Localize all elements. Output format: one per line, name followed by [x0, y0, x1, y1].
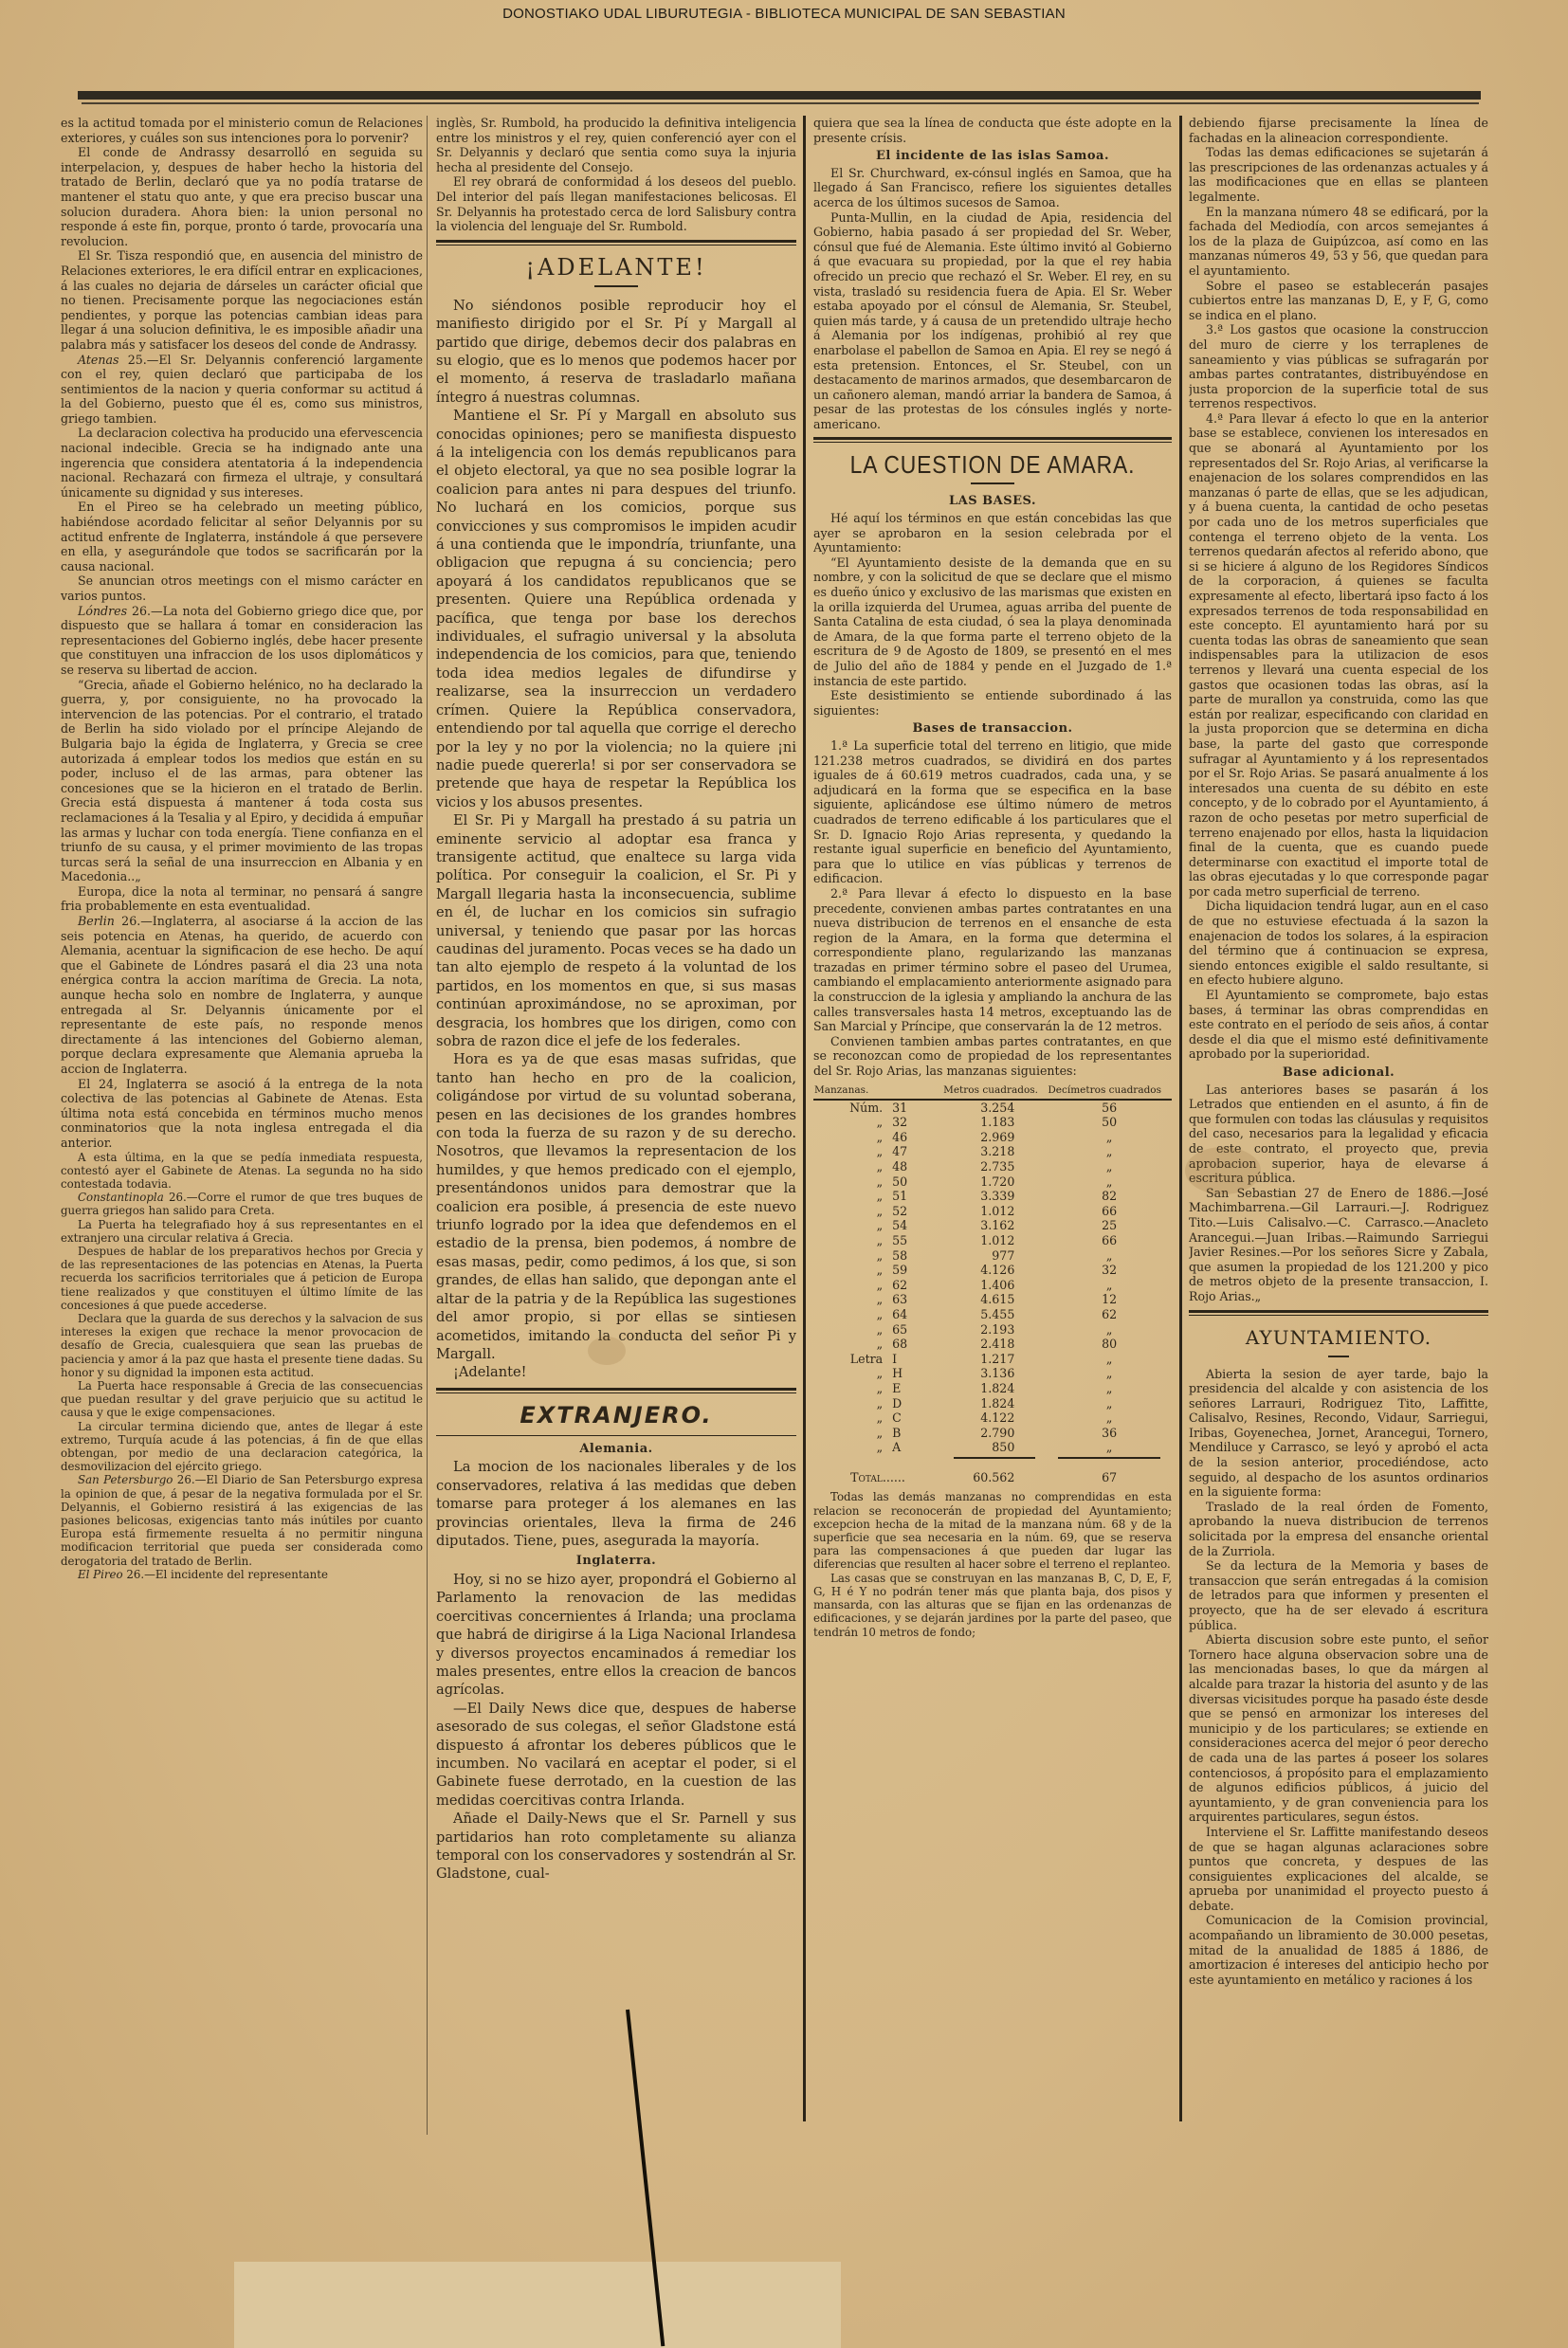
paragraph-text: quiera que sea la línea de conducta que … — [813, 116, 1172, 145]
cell-key: 47 — [892, 1144, 942, 1159]
paragraph-text: —El Daily News dice que, despues de habe… — [436, 1701, 796, 1809]
paragraph: Hoy, si no se hizo ayer, propondrá el Go… — [436, 1571, 796, 1700]
table-row: „501.720„ — [813, 1174, 1172, 1190]
paragraph: El conde de Andrassy desarrolló en segui… — [61, 145, 423, 248]
paragraph-text: Interviene el Sr. Laffitte manifestando … — [1189, 1825, 1488, 1913]
paragraph-text: Convienen tambien ambas partes contratan… — [813, 1034, 1172, 1078]
cell-metros: 3.339 — [942, 1189, 1047, 1204]
table-row: „E1.824„ — [813, 1381, 1172, 1396]
total-label: Total...... — [813, 1461, 942, 1485]
paragraph-text: Todas las demás manzanas no comprendidas… — [813, 1490, 1172, 1571]
table-row: „482.735„ — [813, 1159, 1172, 1174]
inglaterra-article: Hoy, si no se hizo ayer, propondrá el Go… — [436, 1571, 796, 1884]
paragraph: Sobre el paseo se establecerán pasajes c… — [1189, 279, 1488, 323]
paragraph: Convienen tambien ambas partes contratan… — [813, 1034, 1172, 1079]
col1-articles: es la actitud tomada por el ministerio c… — [61, 116, 423, 1151]
column-3: quiera que sea la línea de conducta que … — [813, 116, 1172, 2121]
cell-label: „ — [813, 1159, 892, 1174]
dateline: Lóndres — [78, 604, 127, 618]
masthead-rule-thin — [82, 102, 1479, 104]
cell-label: „ — [813, 1189, 892, 1204]
paragraph: El rey obrará de conformidad á los deseo… — [436, 174, 796, 233]
paragraph-text: La Puerta ha telegrafiado hoy á sus repr… — [61, 1218, 423, 1245]
cell-label: „ — [813, 1218, 892, 1233]
total-row: Total...... 60.562 67 — [813, 1461, 1172, 1485]
paragraph-text: 2.ª Para llevar á efecto lo dispuesto en… — [813, 886, 1172, 1033]
cell-metros: 850 — [942, 1440, 1047, 1455]
section-rule — [436, 1388, 796, 1393]
paragraph-text: Abierta discusion sobre este punto, el s… — [1189, 1632, 1488, 1824]
paragraph: Hé aquí los términos en que están conceb… — [813, 511, 1172, 555]
cell-decimetros: 66 — [1047, 1233, 1172, 1248]
paragraph: Hora es ya de que esas masas sufridas, q… — [436, 1050, 796, 1363]
paragraph: Abierta discusion sobre este punto, el s… — [1189, 1632, 1488, 1825]
table-row: „321.18350 — [813, 1115, 1172, 1130]
table-header-row: Manzanas. Metros cuadrados. Decímetros c… — [813, 1084, 1172, 1100]
table-row: „A850„ — [813, 1440, 1172, 1455]
cell-label: Núm. — [813, 1100, 892, 1116]
paragraph-text: Declara que la guarda de sus derechos y … — [61, 1312, 423, 1379]
paragraph: El Sr. Churchward, ex-cónsul inglés en S… — [813, 166, 1172, 210]
paragraph: La Puerta ha telegrafiado hoy á sus repr… — [61, 1218, 423, 1245]
paragraph: Traslado de la real órden de Fomento, ap… — [1189, 1500, 1488, 1558]
cell-label: „ — [813, 1322, 892, 1338]
bases-quote: “El Ayuntamiento desiste de la demanda q… — [813, 555, 1172, 719]
paragraph: Todas las demas edificaciones se sujetar… — [1189, 145, 1488, 204]
cell-decimetros: „ — [1047, 1144, 1172, 1159]
paragraph: Todas las demás manzanas no comprendidas… — [813, 1490, 1172, 1571]
cell-metros: 1.012 — [942, 1233, 1047, 1248]
cell-key: E — [892, 1381, 942, 1396]
paper-stain — [133, 1090, 190, 1128]
paragraph: 1.ª La superficie total del terreno en l… — [813, 738, 1172, 886]
paragraph: El Sr. Tisza respondió que, en ausencia … — [61, 248, 423, 352]
paragraph-text: debiendo fijarse precisamente la línea d… — [1189, 116, 1488, 145]
paragraph-text: En el Pireo se ha celebrado un meeting p… — [61, 500, 423, 573]
column-divider — [803, 116, 806, 2121]
paragraph: La Puerta hace responsable á Grecia de l… — [61, 1379, 423, 1420]
paragraph-text: La circular termina diciendo que, antes … — [61, 1420, 423, 1474]
paragraph: Declara que la guarda de sus derechos y … — [61, 1312, 423, 1379]
cell-key: 55 — [892, 1233, 942, 1248]
adelante-article: No siéndonos posible reproducir hoy el m… — [436, 297, 796, 1382]
torn-paper-patch — [234, 2262, 841, 2348]
transaccion-subhead: Bases de transaccion. — [813, 721, 1172, 737]
cell-key: 50 — [892, 1174, 942, 1190]
cell-key: 51 — [892, 1189, 942, 1204]
cell-decimetros: „ — [1047, 1130, 1172, 1145]
paragraph: Este desistimiento se entiende subordina… — [813, 688, 1172, 718]
cell-key: H — [892, 1366, 942, 1381]
table-row: „B2.79036 — [813, 1426, 1172, 1441]
paragraph-text: Este desistimiento se entiende subordina… — [813, 688, 1172, 718]
paragraph: Interviene el Sr. Laffitte manifestando … — [1189, 1825, 1488, 1914]
paragraph: Punta-Mullin, en la ciudad de Apia, resi… — [813, 210, 1172, 432]
cell-key: 52 — [892, 1204, 942, 1219]
cell-decimetros: „ — [1047, 1322, 1172, 1338]
cell-key: 62 — [892, 1278, 942, 1293]
paragraph-text: El Sr. Pi y Margall ha prestado á su pat… — [436, 812, 796, 1049]
cell-label: Letra — [813, 1352, 892, 1367]
paragraph-text: Hora es ya de que esas masas sufridas, q… — [436, 1051, 796, 1362]
dateline: Berlin — [78, 914, 115, 928]
cell-decimetros: 80 — [1047, 1337, 1172, 1352]
paragraph: “El Ayuntamiento desiste de la demanda q… — [813, 555, 1172, 688]
paragraph-text: 3.ª Los gastos que ocasione la construcc… — [1189, 322, 1488, 410]
cell-metros: 2.735 — [942, 1159, 1047, 1174]
paragraph: inglès, Sr. Rumbold, ha producido la def… — [436, 116, 796, 174]
cell-key: D — [892, 1396, 942, 1411]
paragraph-text: San Sebastian 27 de Enero de 1886.—José … — [1189, 1186, 1488, 1303]
inglaterra-subhead: Inglaterra. — [436, 1554, 796, 1569]
cell-label: „ — [813, 1115, 892, 1130]
table-row: „473.218„ — [813, 1144, 1172, 1159]
cell-decimetros: „ — [1047, 1352, 1172, 1367]
table-row: „682.41880 — [813, 1337, 1172, 1352]
paragraph-text: Europa, dice la nota al terminar, no pen… — [61, 884, 423, 914]
cell-decimetros: „ — [1047, 1381, 1172, 1396]
paragraph: Se da lectura de la Memoria y bases de t… — [1189, 1558, 1488, 1632]
cell-metros: 1.183 — [942, 1115, 1047, 1130]
cell-label: „ — [813, 1337, 892, 1352]
paper-stain — [588, 1337, 626, 1365]
cell-metros: 2.418 — [942, 1337, 1047, 1352]
headline-dash — [594, 285, 638, 287]
bases-subhead: LAS BASES. — [813, 494, 1172, 509]
cell-metros: 5.455 — [942, 1307, 1047, 1322]
paragraph-text: Las casas que se construyan en las manza… — [813, 1572, 1172, 1639]
table-row: „551.01266 — [813, 1233, 1172, 1248]
cell-key: B — [892, 1426, 942, 1441]
section-rule — [436, 240, 796, 246]
paragraph: “Grecia, añade el Gobierno helénico, no … — [61, 678, 423, 884]
manzanas-table: Manzanas. Metros cuadrados. Decímetros c… — [813, 1084, 1172, 1485]
cell-label: „ — [813, 1233, 892, 1248]
paragraph: El Ayuntamiento se compromete, bajo esta… — [1189, 988, 1488, 1062]
cell-metros: 4.126 — [942, 1263, 1047, 1278]
column-divider — [1179, 116, 1182, 2121]
paragraph: En el Pireo se ha celebrado un meeting p… — [61, 500, 423, 573]
paragraph-text: El rey obrará de conformidad á los deseo… — [436, 174, 796, 233]
cell-decimetros: „ — [1047, 1248, 1172, 1264]
cell-label: „ — [813, 1411, 892, 1426]
after-table-article: Todas las demás manzanas no comprendidas… — [813, 1490, 1172, 1638]
paragraph: La declaracion colectiva ha producido un… — [61, 426, 423, 500]
table-row: Núm.313.25456 — [813, 1100, 1172, 1116]
paragraph-text: Hé aquí los términos en que están conceb… — [813, 511, 1172, 555]
table-row: „C4.122„ — [813, 1411, 1172, 1426]
section-rule — [813, 437, 1172, 443]
table-row: „513.33982 — [813, 1189, 1172, 1204]
samoa-article: El Sr. Churchward, ex-cónsul inglés en S… — [813, 166, 1172, 432]
dateline: Atenas — [78, 353, 119, 367]
total-decimetros: 67 — [1047, 1461, 1172, 1485]
paragraph-text: Dicha liquidacion tendrá lugar, aun en e… — [1189, 899, 1488, 987]
cell-metros: 4.615 — [942, 1292, 1047, 1307]
newspaper-page: es la actitud tomada por el ministerio c… — [61, 116, 1488, 2121]
column-2: inglès, Sr. Rumbold, ha producido la def… — [436, 116, 796, 2121]
col3-intro: quiera que sea la línea de conducta que … — [813, 116, 1172, 145]
paragraph: quiera que sea la línea de conducta que … — [813, 116, 1172, 145]
extranjero-headline: EXTRANJERO. — [436, 1401, 796, 1429]
cell-decimetros: 32 — [1047, 1263, 1172, 1278]
column-4: debiendo fijarse precisamente la línea d… — [1189, 116, 1488, 2121]
cell-metros: 3.254 — [942, 1100, 1047, 1116]
cell-label: „ — [813, 1174, 892, 1190]
paragraph: Despues de hablar de los preparativos he… — [61, 1245, 423, 1312]
paragraph: El Sr. Pi y Margall ha prestado á su pat… — [436, 811, 796, 1050]
paragraph-text: La Puerta hace responsable á Grecia de l… — [61, 1379, 423, 1419]
masthead-rule — [78, 91, 1481, 100]
paragraph: El 24, Inglaterra se asoció á la entrega… — [61, 1077, 423, 1151]
col4-articles: debiendo fijarse precisamente la línea d… — [1189, 116, 1488, 1062]
table-row: „645.45562 — [813, 1307, 1172, 1322]
paragraph: Europa, dice la nota al terminar, no pen… — [61, 884, 423, 914]
paragraph: 2.ª Para llevar á efecto lo dispuesto en… — [813, 886, 1172, 1034]
table-row: „462.969„ — [813, 1130, 1172, 1145]
paragraph-text: Todas las demas edificaciones se sujetar… — [1189, 145, 1488, 204]
paragraph: Dicha liquidacion tendrá lugar, aun en e… — [1189, 899, 1488, 988]
cell-label: „ — [813, 1204, 892, 1219]
samoa-subhead: El incidente de las islas Samoa. — [813, 149, 1172, 164]
cell-label: „ — [813, 1144, 892, 1159]
alemania-text: La mocion de los nacionales liberales y … — [436, 1458, 796, 1550]
cell-metros: 2.193 — [942, 1322, 1047, 1338]
table-row: „D1.824„ — [813, 1396, 1172, 1411]
paragraph-text: 26.—El Diario de San Petersburgo expresa… — [61, 1473, 423, 1567]
paragraph-text: inglès, Sr. Rumbold, ha producido la def… — [436, 116, 796, 174]
cell-metros: 1.720 — [942, 1174, 1047, 1190]
paragraph: Berlin 26.—Inglaterra, al asociarse á la… — [61, 914, 423, 1077]
paragraph: En la manzana número 48 se edificará, po… — [1189, 205, 1488, 279]
bases-intro: Hé aquí los términos en que están conceb… — [813, 511, 1172, 555]
table-row: „521.01266 — [813, 1204, 1172, 1219]
section-rule — [1189, 1310, 1488, 1316]
table-row: „543.16225 — [813, 1218, 1172, 1233]
paragraph-text: 26.—El incidente del representante — [123, 1568, 328, 1581]
alemania-subhead: Alemania. — [436, 1442, 796, 1457]
col2-intro: inglès, Sr. Rumbold, ha producido la def… — [436, 116, 796, 234]
paragraph: Mantiene el Sr. Pí y Margall en absoluto… — [436, 407, 796, 811]
total-metros: 60.562 — [942, 1461, 1047, 1485]
paragraph: Las casas que se construyan en las manza… — [813, 1572, 1172, 1639]
cell-metros: 1.012 — [942, 1204, 1047, 1219]
paragraph-text: Mantiene el Sr. Pí y Margall en absoluto… — [436, 408, 796, 810]
paragraph-text: No siéndonos posible reproducir hoy el m… — [436, 298, 796, 406]
cell-metros: 2.790 — [942, 1426, 1047, 1441]
cell-metros: 977 — [942, 1248, 1047, 1264]
cell-key: I — [892, 1352, 942, 1367]
cell-label: „ — [813, 1440, 892, 1455]
paragraph-text: El Sr. Churchward, ex-cónsul inglés en S… — [813, 166, 1172, 209]
paragraph-text: ¡Adelante! — [453, 1364, 527, 1380]
cell-key: 59 — [892, 1263, 942, 1278]
dateline: Constantinopla — [78, 1191, 164, 1204]
paragraph-text: “Grecia, añade el Gobierno helénico, no … — [61, 678, 423, 884]
cell-metros: 1.824 — [942, 1396, 1047, 1411]
header-metros: Metros cuadrados. — [942, 1084, 1047, 1100]
paragraph-text: Abierta la sesion de ayer tarde, bajo la… — [1189, 1367, 1488, 1500]
paragraph: es la actitud tomada por el ministerio c… — [61, 116, 423, 145]
cell-key: 68 — [892, 1337, 942, 1352]
paragraph-text: Traslado de la real órden de Fomento, ap… — [1189, 1500, 1488, 1558]
paragraph-text: En la manzana número 48 se edificará, po… — [1189, 205, 1488, 278]
cell-key: C — [892, 1411, 942, 1426]
manzanas-table-body: Núm.313.25456„321.18350„462.969„„473.218… — [813, 1100, 1172, 1455]
paragraph: Constantinopla 26.—Corre el rumor de que… — [61, 1191, 423, 1217]
cell-label: „ — [813, 1130, 892, 1145]
paragraph-text: Se da lectura de la Memoria y bases de t… — [1189, 1558, 1488, 1631]
cell-key: 32 — [892, 1115, 942, 1130]
paragraph-text: 1.ª La superficie total del terreno en l… — [813, 738, 1172, 885]
paragraph: Lóndres 26.—La nota del Gobierno griego … — [61, 604, 423, 678]
paragraph-text: El conde de Andrassy desarrolló en segui… — [61, 145, 423, 248]
paragraph-text: Despues de hablar de los preparativos he… — [61, 1245, 423, 1312]
cell-decimetros: „ — [1047, 1159, 1172, 1174]
adicional-subhead: Base adicional. — [1189, 1065, 1488, 1081]
paragraph-text: 26.—Inglaterra, al asociarse á la accion… — [61, 914, 423, 1076]
cell-decimetros: 66 — [1047, 1204, 1172, 1219]
section-rule-thin — [436, 1435, 796, 1436]
paragraph-text: Comunicacion de la Comision provincial, … — [1189, 1913, 1488, 1986]
header-manzanas: Manzanas. — [813, 1084, 942, 1100]
paragraph: A esta última, en la que se pedía inmedi… — [61, 1151, 423, 1192]
cell-metros: 3.218 — [942, 1144, 1047, 1159]
cell-label: „ — [813, 1381, 892, 1396]
paragraph: No siéndonos posible reproducir hoy el m… — [436, 297, 796, 407]
cell-label: „ — [813, 1292, 892, 1307]
cell-label: „ — [813, 1307, 892, 1322]
paragraph: El Pireo 26.—El incidente del representa… — [61, 1568, 423, 1581]
adelante-headline: ¡ADELANTE! — [436, 253, 796, 282]
headline-dash — [1328, 1356, 1349, 1357]
cell-decimetros: 36 — [1047, 1426, 1172, 1441]
paragraph-text: 4.ª Para llevar á efecto lo que en la an… — [1189, 411, 1488, 899]
column-divider — [427, 116, 428, 2135]
cell-label: „ — [813, 1366, 892, 1381]
paragraph: Se anuncian otros meetings con el mismo … — [61, 573, 423, 603]
paragraph-text: es la actitud tomada por el ministerio c… — [61, 116, 423, 145]
cell-decimetros: „ — [1047, 1411, 1172, 1426]
paragraph-text: Sobre el paseo se establecerán pasajes c… — [1189, 279, 1488, 322]
column-1: es la actitud tomada por el ministerio c… — [61, 116, 423, 2121]
cell-metros: 2.969 — [942, 1130, 1047, 1145]
cell-metros: 1.217 — [942, 1352, 1047, 1367]
paragraph-text: El 24, Inglaterra se asoció á la entrega… — [61, 1077, 423, 1150]
table-row: „H3.136„ — [813, 1366, 1172, 1381]
cell-key: 64 — [892, 1307, 942, 1322]
cell-key: A — [892, 1440, 942, 1455]
cell-decimetros: 25 — [1047, 1218, 1172, 1233]
cell-key: 58 — [892, 1248, 942, 1264]
paragraph: Añade el Daily-News que el Sr. Parnell y… — [436, 1810, 796, 1884]
cell-key: 48 — [892, 1159, 942, 1174]
table-row: „634.61512 — [813, 1292, 1172, 1307]
cell-decimetros: „ — [1047, 1396, 1172, 1411]
library-header: DONOSTIAKO UDAL LIBURUTEGIA - BIBLIOTECA… — [0, 6, 1568, 22]
paragraph: Atenas 25.—El Sr. Delyannis conferenció … — [61, 353, 423, 427]
paragraph-text: El Ayuntamiento se compromete, bajo esta… — [1189, 988, 1488, 1061]
cell-key: 65 — [892, 1322, 942, 1338]
cell-label: „ — [813, 1396, 892, 1411]
cell-decimetros: „ — [1047, 1440, 1172, 1455]
cell-key: 54 — [892, 1218, 942, 1233]
paragraph: San Sebastian 27 de Enero de 1886.—José … — [1189, 1186, 1488, 1304]
cell-metros: 1.406 — [942, 1278, 1047, 1293]
cell-metros: 4.122 — [942, 1411, 1047, 1426]
cell-decimetros: 62 — [1047, 1307, 1172, 1322]
ayuntamiento-article: Abierta la sesion de ayer tarde, bajo la… — [1189, 1367, 1488, 1988]
col1-articles-small: A esta última, en la que se pedía inmedi… — [61, 1151, 423, 1582]
cell-decimetros: 50 — [1047, 1115, 1172, 1130]
ayuntamiento-headline: AYUNTAMIENTO. — [1189, 1323, 1488, 1352]
cell-decimetros: 56 — [1047, 1100, 1172, 1116]
paper-stain — [1185, 1147, 1261, 1194]
paragraph-text: “El Ayuntamiento desiste de la demanda q… — [813, 555, 1172, 688]
paragraph-text: Punta-Mullin, en la ciudad de Apia, resi… — [813, 210, 1172, 431]
table-row: „652.193„ — [813, 1322, 1172, 1338]
table-row: LetraI1.217„ — [813, 1352, 1172, 1367]
header-decimetros: Decímetros cuadrados — [1047, 1084, 1172, 1100]
cell-decimetros: 12 — [1047, 1292, 1172, 1307]
paragraph: 3.ª Los gastos que ocasione la construcc… — [1189, 322, 1488, 411]
cell-metros: 3.136 — [942, 1366, 1047, 1381]
cell-key: 63 — [892, 1292, 942, 1307]
cell-metros: 1.824 — [942, 1381, 1047, 1396]
cell-label: „ — [813, 1426, 892, 1441]
paragraph-text: Hoy, si no se hizo ayer, propondrá el Go… — [436, 1572, 796, 1698]
dateline: El Pireo — [78, 1568, 123, 1581]
paragraph-text: A esta última, en la que se pedía inmedi… — [61, 1151, 423, 1191]
cell-decimetros: „ — [1047, 1278, 1172, 1293]
paragraph-text: Se anuncian otros meetings con el mismo … — [61, 573, 423, 603]
paragraph: 4.ª Para llevar á efecto lo que en la an… — [1189, 411, 1488, 900]
table-row: „58977„ — [813, 1248, 1172, 1264]
cell-metros: 3.162 — [942, 1218, 1047, 1233]
cell-label: „ — [813, 1278, 892, 1293]
paragraph: —El Daily News dice que, despues de habe… — [436, 1700, 796, 1810]
headline-dash — [971, 482, 1014, 484]
paragraph: La circular termina diciendo que, antes … — [61, 1420, 423, 1474]
cell-label: „ — [813, 1263, 892, 1278]
transaccion-article: 1.ª La superficie total del terreno en l… — [813, 738, 1172, 1079]
amara-headline: LA CUESTION DE AMARA. — [835, 450, 1151, 479]
paragraph: Abierta la sesion de ayer tarde, bajo la… — [1189, 1367, 1488, 1500]
paragraph-text: La declaracion colectiva ha producido un… — [61, 426, 423, 499]
cell-decimetros: „ — [1047, 1174, 1172, 1190]
paragraph: San Petersburgo 26.—El Diario de San Pet… — [61, 1473, 423, 1567]
cell-key: 31 — [892, 1100, 942, 1116]
cell-decimetros: 82 — [1047, 1189, 1172, 1204]
cell-decimetros: „ — [1047, 1366, 1172, 1381]
cell-label: „ — [813, 1248, 892, 1264]
paragraph-text: El Sr. Tisza respondió que, en ausencia … — [61, 248, 423, 352]
paragraph: debiendo fijarse precisamente la línea d… — [1189, 116, 1488, 145]
paragraph-text: Añade el Daily-News que el Sr. Parnell y… — [436, 1811, 796, 1882]
paragraph: Comunicacion de la Comision provincial, … — [1189, 1913, 1488, 1987]
dateline: San Petersburgo — [78, 1473, 173, 1486]
table-row: „621.406„ — [813, 1278, 1172, 1293]
cell-key: 46 — [892, 1130, 942, 1145]
table-row: „594.12632 — [813, 1263, 1172, 1278]
paragraph: ¡Adelante! — [436, 1363, 796, 1381]
